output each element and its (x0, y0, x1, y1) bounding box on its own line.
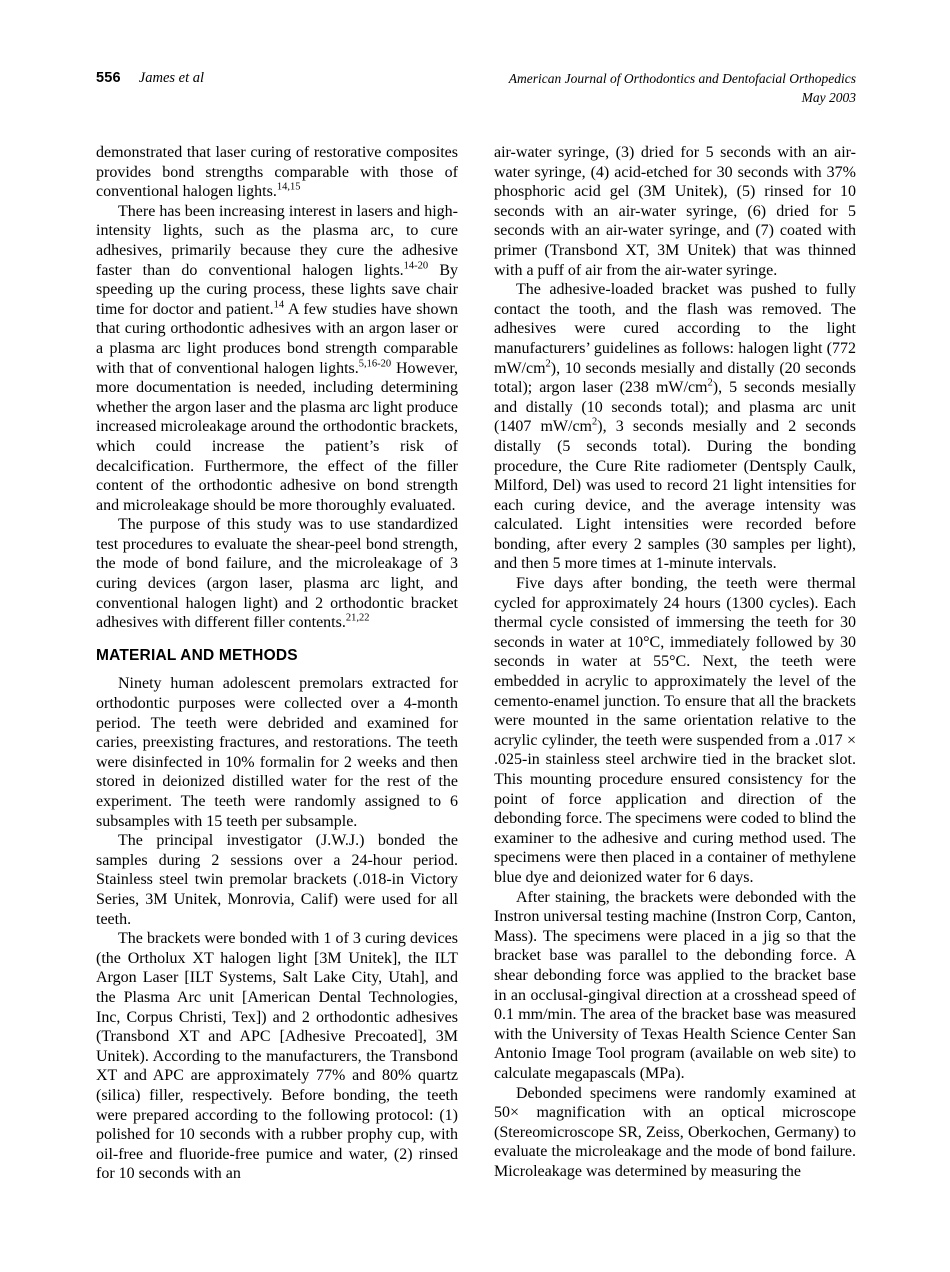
paragraph: The principal investigator (J.W.J.) bond… (96, 831, 458, 929)
paragraph: demonstrated that laser curing of restor… (96, 143, 458, 202)
section-heading: MATERIAL AND METHODS (96, 646, 458, 666)
citation-superscript: 14,15 (277, 182, 301, 193)
citation-superscript: 2 (592, 417, 597, 428)
page-header: 556 James et al American Journal of Orth… (96, 69, 856, 107)
citation-superscript: 5,16-20 (359, 358, 391, 369)
citation-superscript: 2 (546, 358, 551, 369)
issue-date: May 2003 (509, 88, 856, 107)
citation-superscript: 21,22 (346, 613, 370, 624)
citation-superscript: 14 (274, 299, 285, 310)
paragraph: The brackets were bonded with 1 of 3 cur… (96, 929, 458, 1184)
paragraph: Ninety human adolescent premolars extrac… (96, 674, 458, 831)
paragraph: Debonded specimens were randomly examine… (494, 1084, 856, 1182)
citation-superscript: 14-20 (404, 260, 429, 271)
article-body: demonstrated that laser curing of restor… (96, 143, 856, 1184)
paragraph: air-water syringe, (3) dried for 5 secon… (494, 143, 856, 280)
running-authors: James et al (139, 70, 204, 86)
running-head-right: American Journal of Orthodontics and Den… (509, 69, 856, 107)
right-column: air-water syringe, (3) dried for 5 secon… (494, 143, 856, 1184)
citation-superscript: 2 (708, 378, 713, 389)
paragraph: Five days after bonding, the teeth were … (494, 574, 856, 888)
paragraph: After staining, the brackets were debond… (494, 888, 856, 1084)
paragraph: The purpose of this study was to use sta… (96, 515, 458, 633)
journal-page: 556 James et al American Journal of Orth… (0, 0, 950, 1272)
paragraph: The adhesive-loaded bracket was pushed t… (494, 280, 856, 574)
journal-title: American Journal of Orthodontics and Den… (509, 69, 856, 88)
paragraph: There has been increasing interest in la… (96, 202, 458, 516)
running-head-left: 556 James et al (96, 69, 204, 87)
left-column: demonstrated that laser curing of restor… (96, 143, 458, 1184)
page-number: 556 (96, 70, 121, 86)
